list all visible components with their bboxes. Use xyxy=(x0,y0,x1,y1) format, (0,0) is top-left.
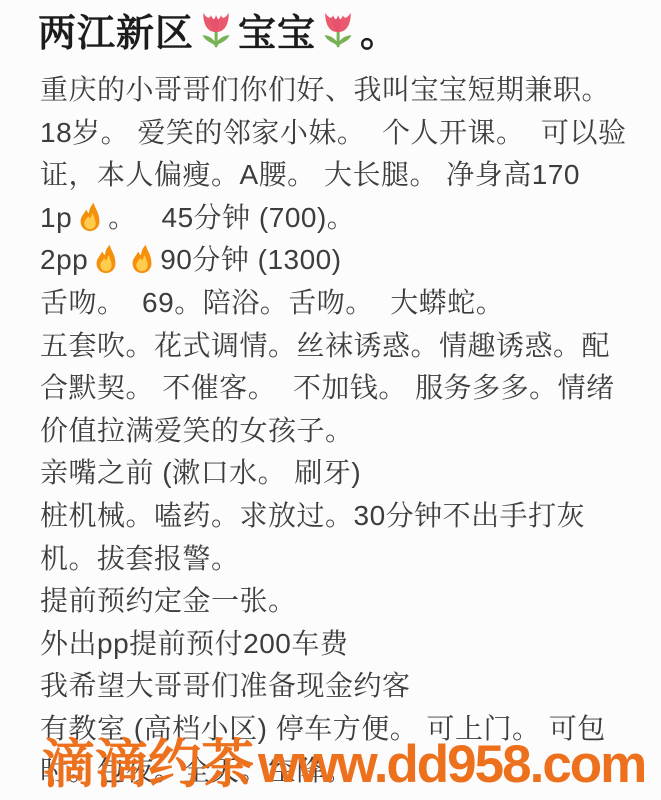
body-line: 合默契。 不催客。 不加钱。 服务多多。情绪 xyxy=(40,367,661,410)
price-text: 。 45分钟 (700)。 xyxy=(108,202,355,233)
body-line: 机。拔套报警。 xyxy=(40,538,661,581)
title-text: 宝宝 xyxy=(238,13,316,55)
price-text: 1p xyxy=(40,202,72,233)
body-line: 提前预约定金一张。 xyxy=(40,580,661,623)
fire-icon xyxy=(73,199,107,233)
fire-icon xyxy=(89,241,123,275)
tulip-icon xyxy=(195,10,237,52)
body-line: 舌吻。 69。陪浴。舌吻。 大蟒蛇。 xyxy=(40,282,661,325)
body-line: 重庆的小哥哥们你们好、我叫宝宝短期兼职。 xyxy=(40,69,661,112)
body-line: 外出pp提前预付200车费 xyxy=(40,623,661,666)
post-body: 重庆的小哥哥们你们好、我叫宝宝短期兼职。 18岁。 爱笑的邻家小妹。 个人开课。… xyxy=(40,69,661,793)
body-line: 18岁。 爱笑的邻家小妹。 个人开课。 可以验 xyxy=(40,112,661,155)
title-text: 两江新区 xyxy=(38,13,194,55)
watermark-url: www.dd958.com xyxy=(258,735,645,794)
post-page: 两江新区宝宝。 重庆的小哥哥们你们好、我叫宝宝短期兼职。 18岁。 爱笑的邻家小… xyxy=(0,0,661,800)
watermark-brand: 滴滴约茶 xyxy=(42,735,254,794)
body-line: 价值拉满爱笑的女孩子。 xyxy=(40,410,661,453)
post-title: 两江新区宝宝。 xyxy=(38,6,661,60)
fire-icon xyxy=(125,241,159,275)
watermark: 滴滴约茶www.dd958.com xyxy=(42,736,645,800)
price-text: 90分钟 (1300) xyxy=(160,244,341,275)
body-line: 桩机械。嗑药。求放过。30分钟不出手打灰 xyxy=(40,495,661,538)
body-line: 证，本人偏瘦。A腰。 大长腿。 净身高170 xyxy=(40,154,661,197)
body-line: 五套吹。花式调情。丝袜诱惑。情趣诱惑。配 xyxy=(40,325,661,368)
title-text: 。 xyxy=(360,13,399,55)
price-text: 2pp xyxy=(40,244,88,275)
body-line: 亲嘴之前 (漱口水。 刷牙) xyxy=(40,452,661,495)
tulip-icon xyxy=(317,10,359,52)
price-line-2pp: 2pp90分钟 (1300) xyxy=(40,239,661,282)
price-line-1p: 1p。 45分钟 (700)。 xyxy=(40,197,661,240)
body-line: 我希望大哥哥们准备现金约客 xyxy=(40,665,661,708)
